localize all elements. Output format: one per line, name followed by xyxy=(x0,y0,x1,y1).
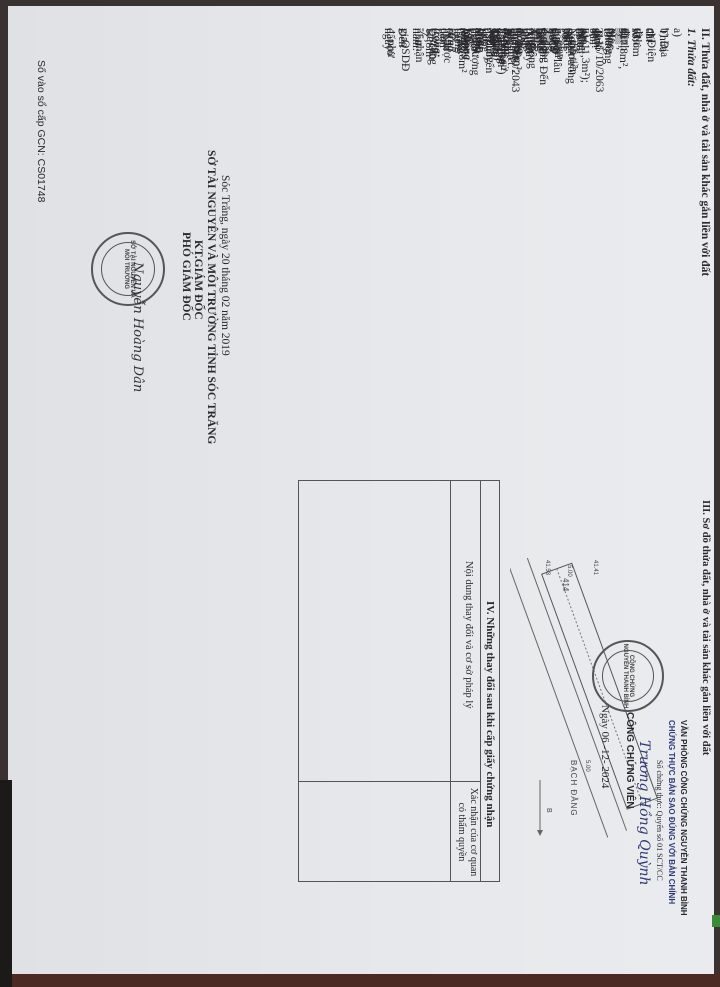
section-2-title: II. Thửa đất, nhà ở và tài sản khác gắn … xyxy=(698,28,712,276)
parcel-number: 414 xyxy=(561,578,570,591)
dimension: 5.00 xyxy=(584,760,590,772)
road-name: BẠCH ĐẰNG xyxy=(569,760,578,817)
notary-book: Số chứng thực: Quyển số 01 SCT/CC xyxy=(652,760,666,881)
notary-date: Ngày 06 -12- 2024 xyxy=(598,705,612,788)
notary-office: VĂN PHÒNG CÔNG CHỨNG NGUYỄN THANH BÌNH xyxy=(676,720,690,916)
official-stamp: SỞ TÀI NGUYÊN VÀ MÔI TRƯỜNG xyxy=(91,232,165,306)
notary-title: CÔNG CHỨNG VIÊN xyxy=(622,712,636,809)
table-header-changes: Nội dung thay đổi và cơ sở pháp lý xyxy=(461,561,475,709)
section-4-title: IV. Những thay đổi sau khi cấp giấy chứn… xyxy=(483,601,497,827)
notary-stamp: CÔNG CHỨNG NGUYỄN THANH BÌNH xyxy=(592,640,664,712)
section-3-title: III. Sơ đồ thửa đất, nhà ở và tài sản kh… xyxy=(698,500,712,755)
north-arrow-label: B xyxy=(545,808,552,813)
rotated-page: II. Thửa đất, nhà ở và tài sản khác gắn … xyxy=(0,0,720,987)
place-date: Sóc Trăng, ngày 20 tháng 02 năm 2019 xyxy=(218,175,232,356)
for-director: KT.GIÁM ĐỐC xyxy=(191,240,205,320)
dimension: 5.00 xyxy=(566,565,572,577)
register-number: Số vào sổ cấp GCN: CS01748 xyxy=(34,60,48,202)
section-2-subtitle: 1. Thửa đất: xyxy=(684,28,698,87)
changes-table: IV. Những thay đổi sau khi cấp giấy chứn… xyxy=(298,480,500,882)
deputy-director: PHÓ GIÁM ĐỐC xyxy=(179,232,193,321)
table-header-confirmation: Xác nhận của cơ quan có thẩm quyền xyxy=(455,787,479,877)
issuer-signature: Nguyễn Hoàng Dân xyxy=(130,262,145,392)
dimension: 41.41 xyxy=(592,560,598,575)
dimension: 41.53 xyxy=(544,560,550,575)
notary-signature: Trương Hồng Quỳnh xyxy=(636,740,652,886)
issuer: SỞ TÀI NGUYÊN VÀ MÔI TRƯỜNG TỈNH SÓC TRĂ… xyxy=(204,150,218,444)
notary-copy-note: CHỨNG THỰC BẢN SAO ĐÚNG VỚI BẢN CHÍNH xyxy=(664,720,678,904)
item-note: 6. Ghi chú: Không xyxy=(460,28,502,60)
